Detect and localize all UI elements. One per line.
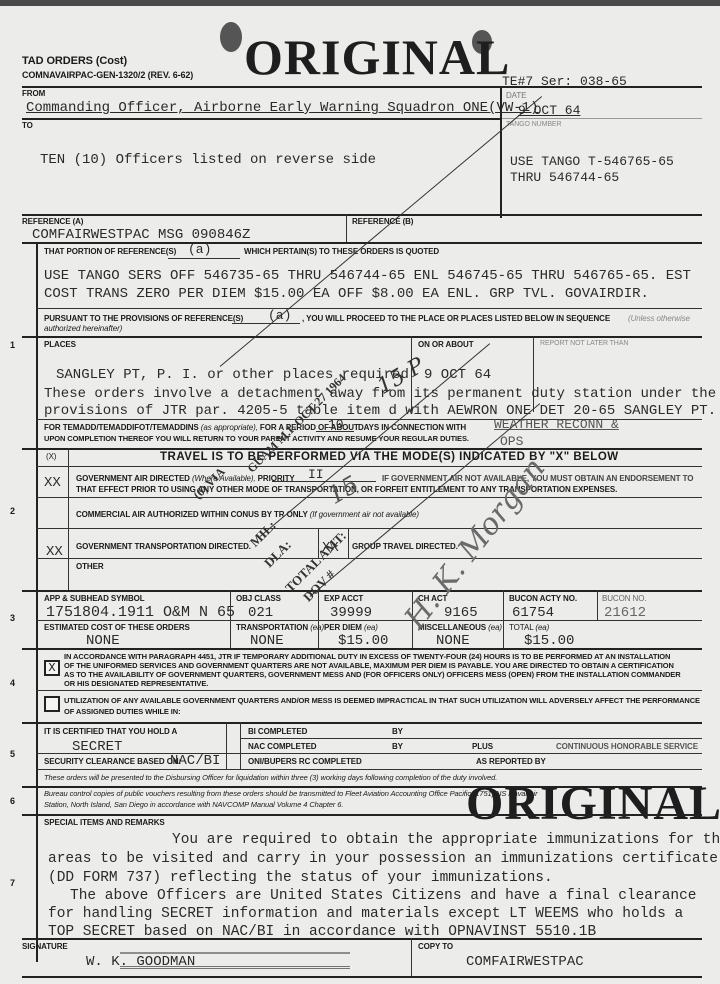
remarks-para2-line1: The above Officers are United States Cit…	[70, 888, 697, 904]
quarters-certification-checkbox[interactable]: X	[44, 660, 60, 676]
original-stamp-bottom: ORIGINAL	[466, 776, 720, 831]
from-label: FROM	[22, 89, 45, 98]
per-diem-label: PER DIEM (ea)	[324, 623, 378, 632]
impractical-text-1: UTILIZATION OF ANY AVAILABLE GOVERNMENT …	[64, 696, 700, 705]
period-approp: (as appropriate),	[201, 423, 258, 432]
stamp-dla: DLA:	[261, 537, 295, 571]
misc-value: NONE	[436, 633, 470, 649]
pursuant-label-line2: authorized hereinafter)	[44, 324, 122, 333]
original-stamp-top: ORIGINAL	[244, 28, 510, 86]
gov-air-mark[interactable]: XX	[44, 475, 61, 491]
signature-label: SIGNATURE	[22, 942, 68, 951]
period-label-pre: FOR TEMADD/TEMADDIFOT/TEMADDINS (as appr…	[44, 423, 359, 432]
places-value: SANGLEY PT, P. I. or other places requir…	[56, 367, 409, 383]
return-text: UPON COMPLETION THEREOF YOU WILL RETURN …	[44, 434, 469, 443]
exp-acct-value: 39999	[330, 605, 372, 621]
pursuant-label-tail: (Unless otherwise	[628, 314, 690, 323]
stamp-mil: MIL:	[247, 518, 280, 551]
per-diem-value: $15.00	[338, 633, 388, 649]
exp-acct-label: EXP ACCT	[324, 594, 363, 603]
section-5-number: 5	[10, 749, 15, 759]
bi-completed-label: BI COMPLETED	[248, 727, 307, 736]
group-travel-text: GROUP TRAVEL DIRECTED.	[352, 542, 458, 551]
on-or-about-label: ON OR ABOUT	[418, 340, 474, 349]
remark-line-1: These orders involve a detachment away f…	[44, 386, 716, 402]
form-title: TAD ORDERS (Cost)	[22, 55, 127, 67]
section-4-number: 4	[10, 678, 15, 688]
bucon-acty-label: BUCON ACTY NO.	[509, 594, 577, 603]
priority-value: II	[308, 467, 324, 482]
gov-transport-text: GOVERNMENT TRANSPORTATION DIRECTED.	[76, 542, 251, 551]
quoted-line-2: COST TRANS ZERO PER DIEM $15.00 EA OFF $…	[44, 286, 649, 302]
tango-line-1: USE TANGO T-546765-65	[510, 154, 674, 169]
remarks-para2-line2: for handling SECRET information and mate…	[48, 906, 683, 922]
pursuant-label-post: , YOU WILL PROCEED TO THE PLACE OR PLACE…	[302, 314, 610, 323]
from-value: Commanding Officer, Airborne Early Warni…	[26, 100, 538, 116]
form-number: COMNAVAIRPAC-GEN-1320/2 (REV. 6-62)	[22, 70, 193, 80]
tad-orders-form: TAD ORDERS (Cost) COMNAVAIRPAC-GEN-1320/…	[0, 6, 720, 984]
obj-class-value: 021	[248, 605, 273, 621]
date-label: DATE	[506, 91, 526, 100]
based-on-value: NAC/BI	[170, 753, 220, 769]
quoted-line-1: USE TANGO SERS OFF 546735-65 THRU 546744…	[44, 268, 691, 284]
other-text: OTHER	[76, 562, 104, 571]
quoted-label-pre: THAT PORTION OF REFERENCE(S)	[44, 247, 176, 256]
remarks-para1-line3: (DD FORM 737) reflecting the status of y…	[48, 870, 553, 886]
obj-class-label: OBJ CLASS	[236, 594, 281, 603]
period-label-post: DAYS IN CONNECTION WITH	[358, 423, 466, 432]
bucon-acty-value: 61754	[512, 605, 554, 621]
oni-completed-label: ONI/BUPERS RC COMPLETED	[248, 757, 362, 766]
bureau-note-1: Bureau control copies of public vouchers…	[44, 789, 537, 798]
ch-act-value: 9165	[444, 605, 478, 621]
stamp-total-amt: TOTAL AMT:	[282, 528, 350, 596]
section-7-number: 7	[10, 878, 15, 888]
quarters-text-1: IN ACCORDANCE WITH PARAGRAPH 4451, JTR I…	[64, 652, 670, 661]
punch-hole-left	[220, 22, 242, 52]
tango-label: TANGO NUMBER	[506, 121, 561, 128]
impractical-checkbox[interactable]	[44, 696, 60, 712]
copy-to-label: COPY TO	[418, 942, 453, 951]
on-or-about-value: 9 OCT 64	[424, 367, 491, 383]
total-label: TOTAL (ea)	[509, 623, 549, 632]
to-value: TEN (10) Officers listed on reverse side	[40, 152, 376, 168]
connection-value-2: OPS	[500, 434, 523, 449]
tango-line-2: THRU 546744-65	[510, 170, 619, 185]
app-value: 1751804.1911 O&M N 65	[46, 604, 235, 621]
total-value: $15.00	[524, 633, 574, 649]
pursuant-ref-value: (a)	[268, 308, 291, 323]
reference-b-label: REFERENCE (b)	[352, 217, 413, 226]
quoted-label-post: WHICH PERTAIN(S) TO THESE ORDERS IS QUOT…	[244, 247, 439, 256]
disbursing-note: These orders will be presented to the Di…	[44, 773, 497, 782]
quoted-ref-value: (a)	[188, 242, 211, 257]
section-2-number: 2	[10, 506, 15, 516]
transportation-value: NONE	[250, 633, 284, 649]
pursuant-label-pre: PURSUANT TO THE PROVISIONS OF REFERENCE(…	[44, 314, 243, 323]
bucon-no-label: BUCON NO.	[602, 594, 646, 603]
impractical-text-2: OF ASSIGNED DUTIES WHILE IN:	[64, 707, 181, 716]
section-6-number: 6	[10, 796, 15, 806]
quarters-text-3: AS TO THE AVAILABILITY OF GOVERNMENT QUA…	[64, 670, 681, 679]
period-days-value: 10	[328, 417, 344, 432]
group-travel-mark[interactable]: XX	[322, 540, 339, 556]
report-label: REPORT NOT LATER THAN	[540, 340, 628, 347]
remarks-para1-line1: You are required to obtain the appropria…	[172, 832, 720, 848]
remarks-para1-line2: areas to be visited and carry in your po…	[48, 851, 718, 867]
section-1-number: 1	[10, 340, 15, 350]
to-label: TO	[22, 121, 33, 130]
bucon-no-value: 21612	[604, 605, 646, 621]
continuous-service-label: CONTINUOUS HONORABLE SERVICE	[556, 742, 698, 751]
reference-a-value: COMFAIRWESTPAC MSG 090846Z	[32, 227, 250, 243]
transportation-label: TRANSPORTATION (ea)	[236, 623, 324, 632]
section-3-number: 3	[10, 613, 15, 623]
est-cost-value: NONE	[86, 633, 120, 649]
bi-by-label: BY	[392, 727, 403, 736]
quarters-text-2: OF THE UNIFORMED SERVICES AND GOVERNMENT…	[64, 661, 674, 670]
travel-header: TRAVEL IS TO BE PERFORMED VIA THE MODE(S…	[160, 451, 619, 463]
date-value: 9 OCT 64	[518, 103, 580, 118]
reference-a-label: REFERENCE (a)	[22, 217, 83, 226]
places-label: PLACES	[44, 340, 76, 349]
x-column-label: (X)	[46, 452, 56, 461]
plus-label: PLUS	[472, 742, 493, 751]
certified-label: IT IS CERTIFIED THAT YOU HOLD A	[44, 727, 177, 736]
nac-by-label: BY	[392, 742, 403, 751]
period-pre: FOR TEMADD/TEMADDIFOT/TEMADDINS	[44, 423, 199, 432]
gov-air-text: GOVERNMENT AIR DIRECTED (Where Available…	[76, 474, 295, 483]
nac-completed-label: NAC COMPLETED	[248, 742, 316, 751]
bureau-note-2: Station, North Island, San Diego in acco…	[44, 800, 343, 809]
est-cost-label: ESTIMATED COST OF THESE ORDERS	[44, 623, 190, 632]
special-items-label: SPECIAL ITEMS AND REMARKS	[44, 818, 165, 827]
copy-to-value: COMFAIRWESTPAC	[466, 954, 584, 970]
quarters-text-4: OR HIS DESIGNATED REPRESENTATIVE.	[64, 679, 208, 688]
commercial-air-text: COMMERCIAL AIR AUTHORIZED WITHIN CONUS B…	[76, 510, 419, 519]
signature-scribble	[120, 952, 350, 969]
connection-value: WEATHER RECONN &	[494, 417, 619, 432]
reported-by-label: AS REPORTED BY	[476, 757, 546, 766]
based-on-label: SECURITY CLEARANCE BASED ON:	[44, 757, 181, 766]
app-label: APP & SUBHEAD SYMBOL	[44, 594, 145, 603]
